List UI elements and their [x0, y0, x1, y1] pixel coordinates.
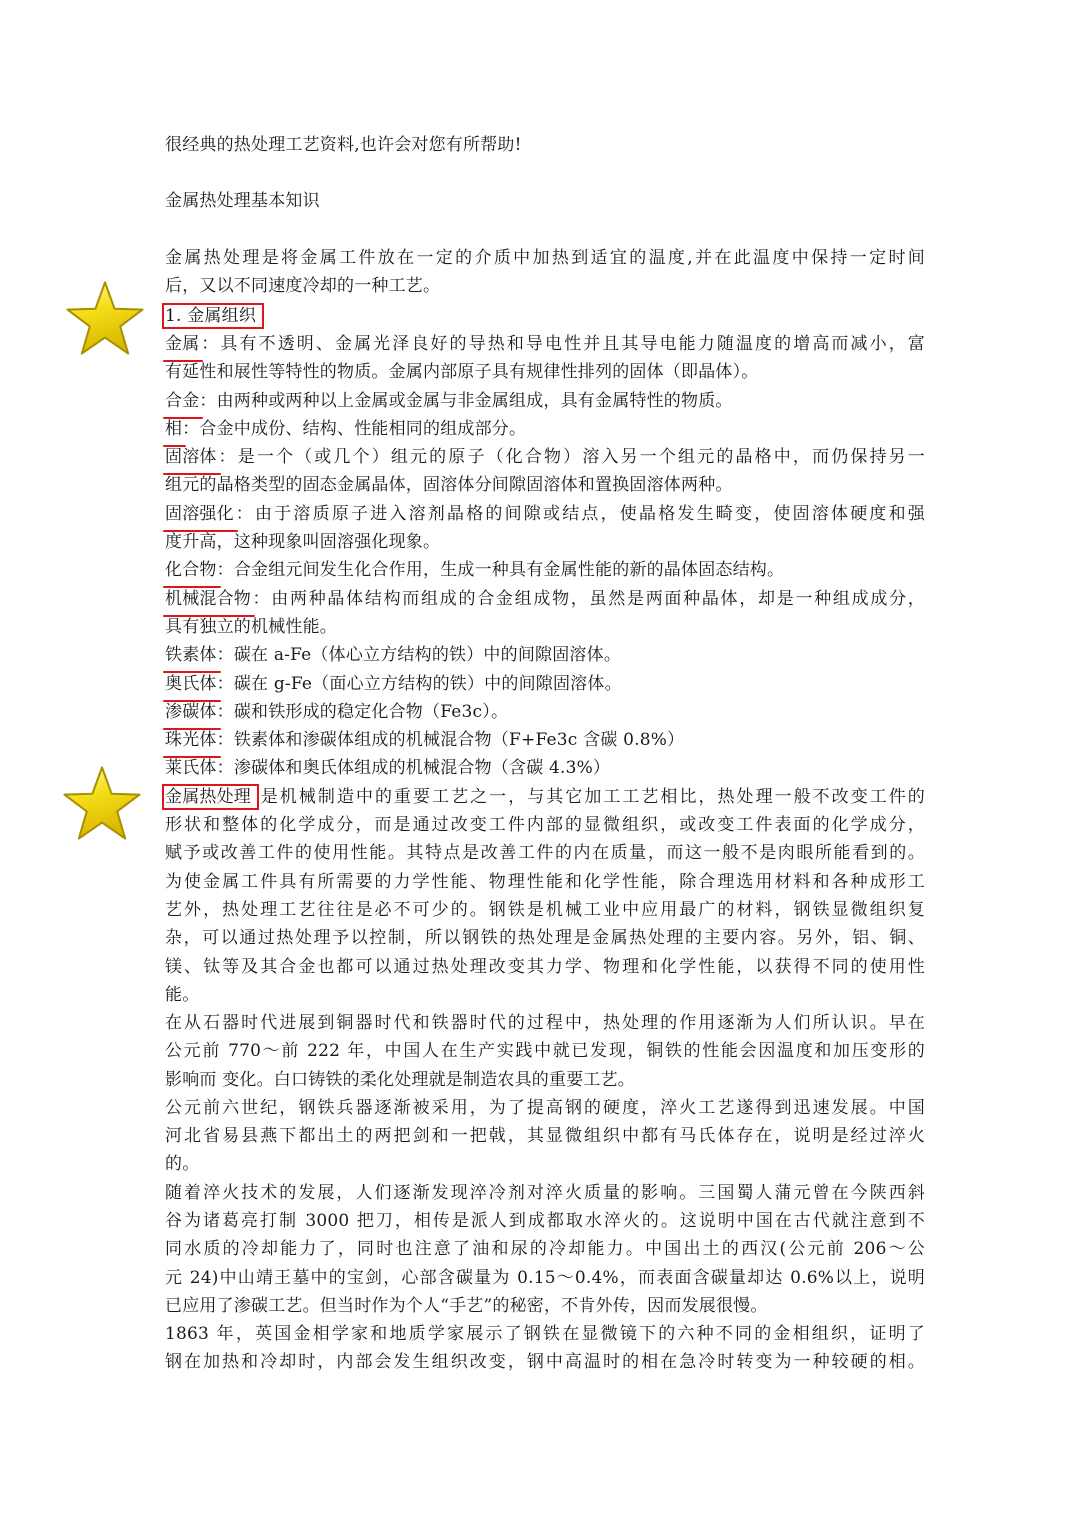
term-entry: 机械混合物：由两种晶体结构而组成的合金组成物，虽然是两面种晶体，却是一种组成成分…: [165, 585, 925, 613]
heat-treatment-line: 金属热处理是机械制造中的重要工艺之一，与其它加工工艺相比，热处理一般不改变工件的: [165, 783, 925, 811]
heat-treatment-line: 赋予或改善工件的使用性能。其特点是改善工件的内在质量，而这一般不是肉眼所能看到的…: [165, 839, 925, 867]
term-label: 相: [165, 415, 182, 443]
history-line: 影响而 变化。白口铸铁的柔化处理就是制造农具的重要工艺。: [165, 1066, 925, 1094]
history-line: 随着淬火技术的发展，人们逐渐发现淬冷剂对淬火质量的影响。三国蜀人蒲元曾在今陕西斜: [165, 1179, 925, 1207]
history-line: 元 24)中山靖王墓中的宝剑，心部含碳量为 0.15～0.4%，而表面含碳量却达…: [165, 1264, 925, 1292]
term-continuation: 组元的晶格类型的固态金属晶体，固溶体分间隙固溶体和置换固溶体两种。: [165, 471, 925, 499]
history-line: 钢在加热和冷却时，内部会发生组织改变，钢中高温时的相在急冷时转变为一种较硬的相。: [165, 1348, 925, 1376]
term-label: 金属: [165, 330, 199, 358]
term-label: 莱氏体: [165, 754, 217, 782]
term-entry: 合金：由两种或两种以上金属或金属与非金属组成，具有金属特性的物质。: [165, 387, 925, 415]
history-line: 谷为诸葛亮打制 3000 把刀，相传是派人到成都取水淬火的。这说明中国在古代就注…: [165, 1207, 925, 1235]
term-label: 珠光体: [165, 726, 217, 754]
term-entry: 渗碳体：碳和铁形成的稳定化合物（Fe3c）。: [165, 698, 925, 726]
history-line: 已应用了渗碳工艺。但当时作为个人“手艺”的秘密，不肯外传，因而发展很慢。: [165, 1292, 925, 1320]
heat-treatment-line: 杂，可以通过热处理予以控制，所以钢铁的热处理是金属热处理的主要内容。另外，铝、铜…: [165, 924, 925, 952]
definition-line: 金属热处理是将金属工件放在一定的介质中加热到适宜的温度,并在此温度中保持一定时间: [165, 244, 925, 272]
term-entry: 莱氏体：渗碳体和奥氏体组成的机械混合物（含碳 4.3%）: [165, 754, 925, 782]
term-continuation: 具有独立的机械性能。: [165, 613, 925, 641]
highlight-box: 1. 金属组织: [162, 303, 264, 329]
term-continuation: 有延性和展性等特性的物质。金属内部原子具有规律性排列的固体（即晶体）。: [165, 358, 925, 386]
history-line: 公元前 770～前 222 年，中国人在生产实践中就已发现，铜铁的性能会因温度和…: [165, 1037, 925, 1065]
term-entry: 奥氏体：碳在 g-Fe（面心立方结构的铁）中的间隙固溶体。: [165, 670, 925, 698]
term-label: 铁素体: [165, 641, 217, 669]
star-icon: [65, 280, 145, 356]
term-entry: 相：合金中成份、结构、性能相同的组成部分。: [165, 415, 925, 443]
intro-text: 很经典的热处理工艺资料,也许会对您有所帮助!: [165, 131, 925, 159]
history-line: 1863 年，英国金相学家和地质学家展示了钢铁在显微镜下的六种不同的金相组织，证…: [165, 1320, 925, 1348]
history-line: 在从石器时代进展到铜器时代和铁器时代的过程中，热处理的作用逐渐为人们所认识。早在: [165, 1009, 925, 1037]
term-label: 奥氏体: [165, 670, 217, 698]
history-line: 公元前六世纪，钢铁兵器逐渐被采用，为了提高钢的硬度，淬火工艺遂得到迅速发展。中国: [165, 1094, 925, 1122]
document-page: 很经典的热处理工艺资料,也许会对您有所帮助! 金属热处理基本知识 金属热处理是将…: [0, 0, 1080, 1528]
history-line: 河北省易县燕下都出土的两把剑和一把戟，其显微组织中都有马氏体存在，说明是经过淬火: [165, 1122, 925, 1150]
highlight-box: 金属热处理: [162, 784, 259, 810]
section-heading: 1. 金属组织: [165, 302, 925, 330]
history-line: 同水质的冷却能力了，同时也注意了油和尿的冷却能力。中国出土的西汉(公元前 206…: [165, 1235, 925, 1263]
term-label: 机械混合物: [165, 585, 251, 613]
term-label: 渗碳体: [165, 698, 217, 726]
term-entry: 铁素体：碳在 a-Fe（体心立方结构的铁）中的间隙固溶体。: [165, 641, 925, 669]
term-continuation: 度升高，这种现象叫固溶强化现象。: [165, 528, 925, 556]
term-entry: 珠光体：铁素体和渗碳体组成的机械混合物（F+Fe3c 含碳 0.8%）: [165, 726, 925, 754]
heat-treatment-line: 形状和整体的化学成分，而是通过改变工件内部的显微组织，或改变工件表面的化学成分，: [165, 811, 925, 839]
term-entry: 固溶强化：由于溶质原子进入溶剂晶格的间隙或结点，使晶格发生畸变，使固溶体硬度和强: [165, 500, 925, 528]
heat-treatment-line: 为使金属工件具有所需要的力学性能、物理性能和化学性能，除合理选用材料和各种成形工: [165, 868, 925, 896]
star-icon: [62, 765, 142, 841]
heat-treatment-line: 能。: [165, 981, 925, 1009]
history-line: 的。: [165, 1150, 925, 1178]
document-title: 金属热处理基本知识: [165, 187, 925, 215]
heat-treatment-line: 镁、钛等及其合金也都可以通过热处理改变其力学、物理和化学性能，以获得不同的使用性: [165, 953, 925, 981]
term-label: 固溶体: [165, 443, 217, 471]
term-label: 合金: [165, 387, 199, 415]
term-label: 固溶强化: [165, 500, 234, 528]
term-label: 化合物: [165, 556, 217, 584]
heat-treatment-line: 艺外，热处理工艺往往是必不可少的。钢铁是机械工业中应用最广的材料，钢铁显微组织复: [165, 896, 925, 924]
definition-line: 后，又以不同速度冷却的一种工艺。: [165, 272, 925, 300]
term-entry: 固溶体：是一个（或几个）组元的原子（化合物）溶入另一个组元的晶格中，而仍保持另一: [165, 443, 925, 471]
term-entry: 金属：具有不透明、金属光泽良好的导热和导电性并且其导电能力随温度的增高而减小，富: [165, 330, 925, 358]
term-entry: 化合物：合金组元间发生化合作用，生成一种具有金属性能的新的晶体固态结构。: [165, 556, 925, 584]
